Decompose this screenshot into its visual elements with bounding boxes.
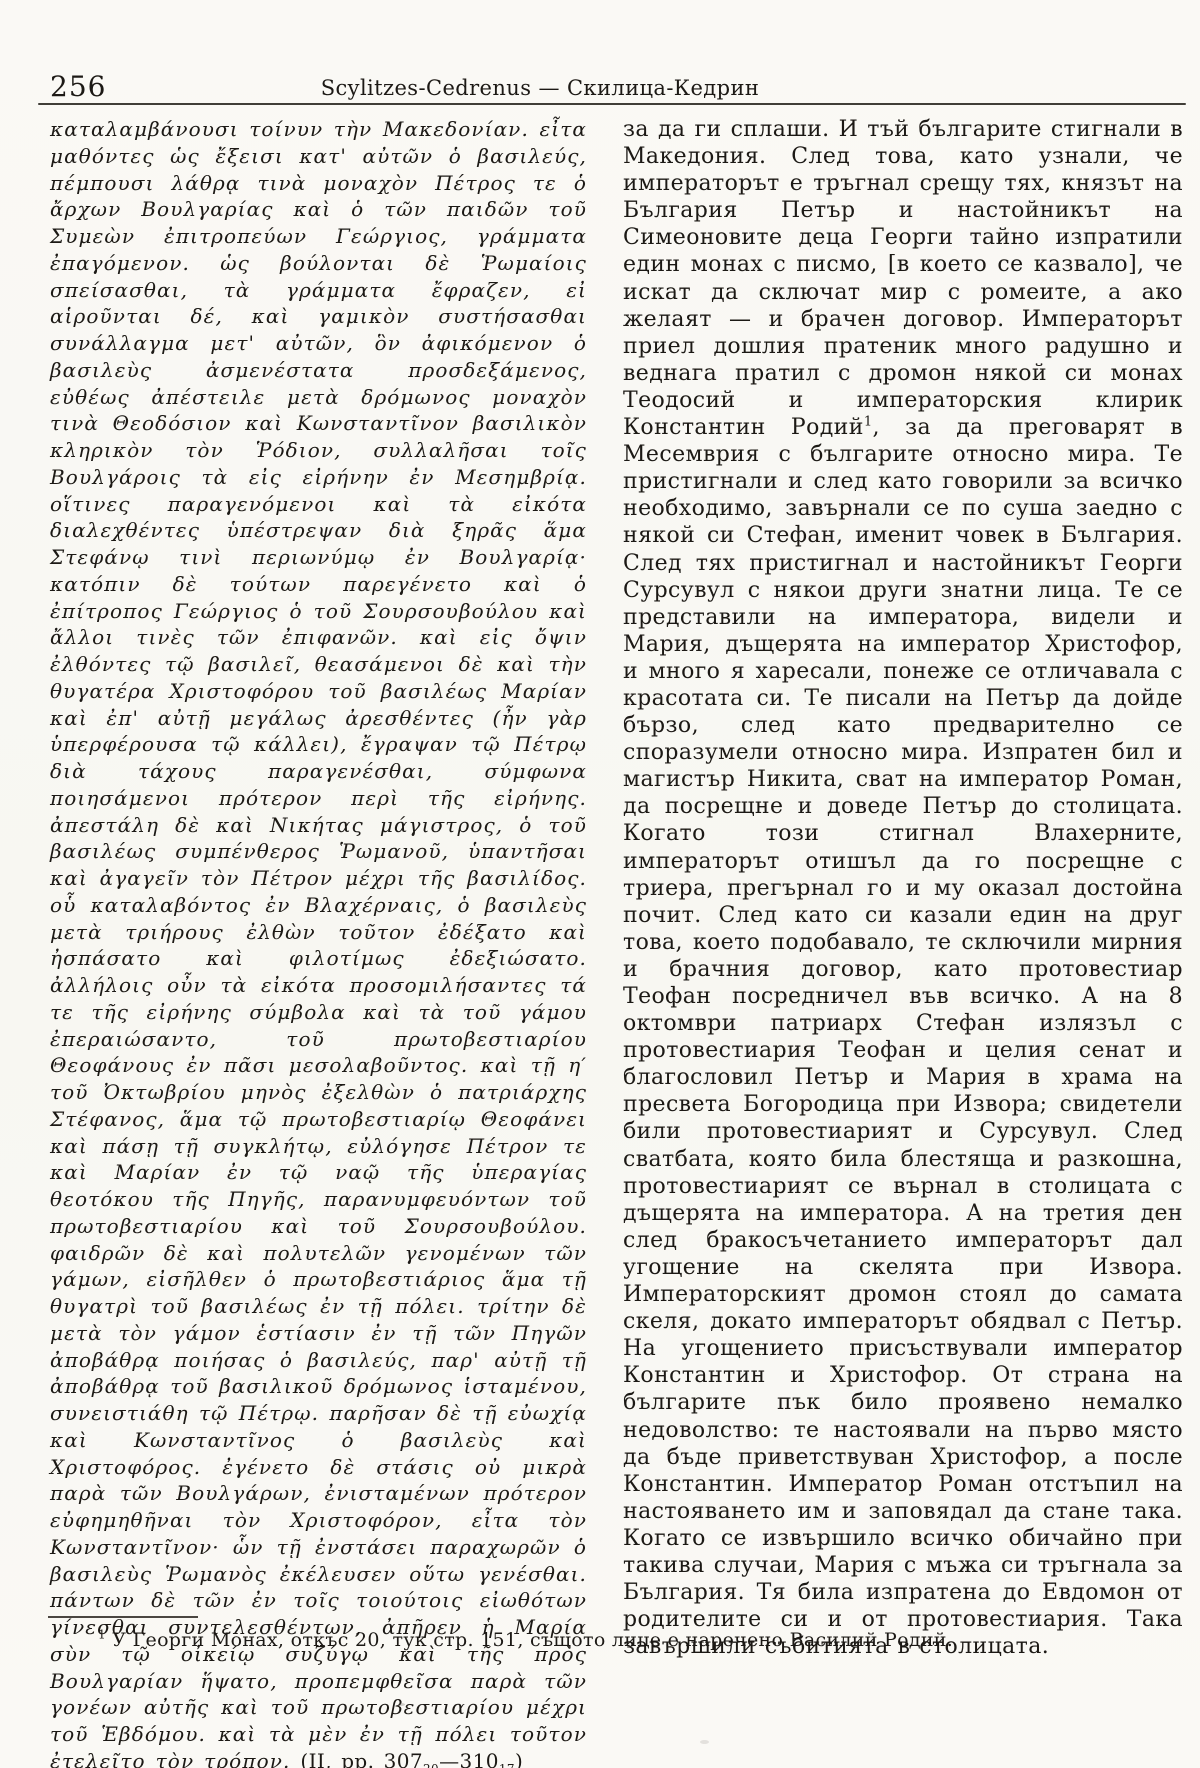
- scanned-book-page: 256 Scylitzes-Cedrenus — Скилица-Кедрин …: [0, 0, 1200, 1768]
- bulgarian-translation-column: за да ги сплаши. И тъй българите стигнал…: [623, 116, 1183, 1660]
- greek-source-column: καταλαμβάνουσι τοίνυν τὴν Μακεδονίαν. εἶ…: [50, 116, 587, 1768]
- citation-suffix: ): [515, 1749, 523, 1768]
- citation-line-end: 17: [499, 1762, 515, 1768]
- running-title: Scylitzes-Cedrenus — Скилица-Кедрин: [0, 76, 1080, 100]
- footnote-rule: [48, 1616, 198, 1618]
- footnote-reference-marker: 1: [864, 415, 873, 430]
- header-rule: [38, 103, 1186, 105]
- source-citation: (II, pp. 30720—31017): [300, 1749, 523, 1768]
- scan-noise-speck: [398, 1703, 405, 1706]
- bulgarian-text-before-note: за да ги сплаши. И тъй българите стигнал…: [623, 117, 1183, 440]
- scan-noise-speck: [700, 1740, 709, 1744]
- footnote: 1 У Георги Монах, откъс 20, тук стр. 151…: [50, 1628, 1142, 1652]
- footnote-text: У Георги Монах, откъс 20, тук стр. 151, …: [106, 1629, 953, 1651]
- citation-prefix: (II, pp. 307: [300, 1749, 423, 1768]
- citation-line-start: 20: [423, 1762, 439, 1768]
- footnote-marker: 1: [98, 1628, 106, 1642]
- bulgarian-text-after-note: , за да преговарят в Месемврия с българи…: [623, 415, 1183, 1659]
- greek-text: καταλαμβάνουσι τοίνυν τὴν Μακεδονίαν. εἶ…: [50, 117, 587, 1768]
- citation-mid: —310: [439, 1749, 499, 1768]
